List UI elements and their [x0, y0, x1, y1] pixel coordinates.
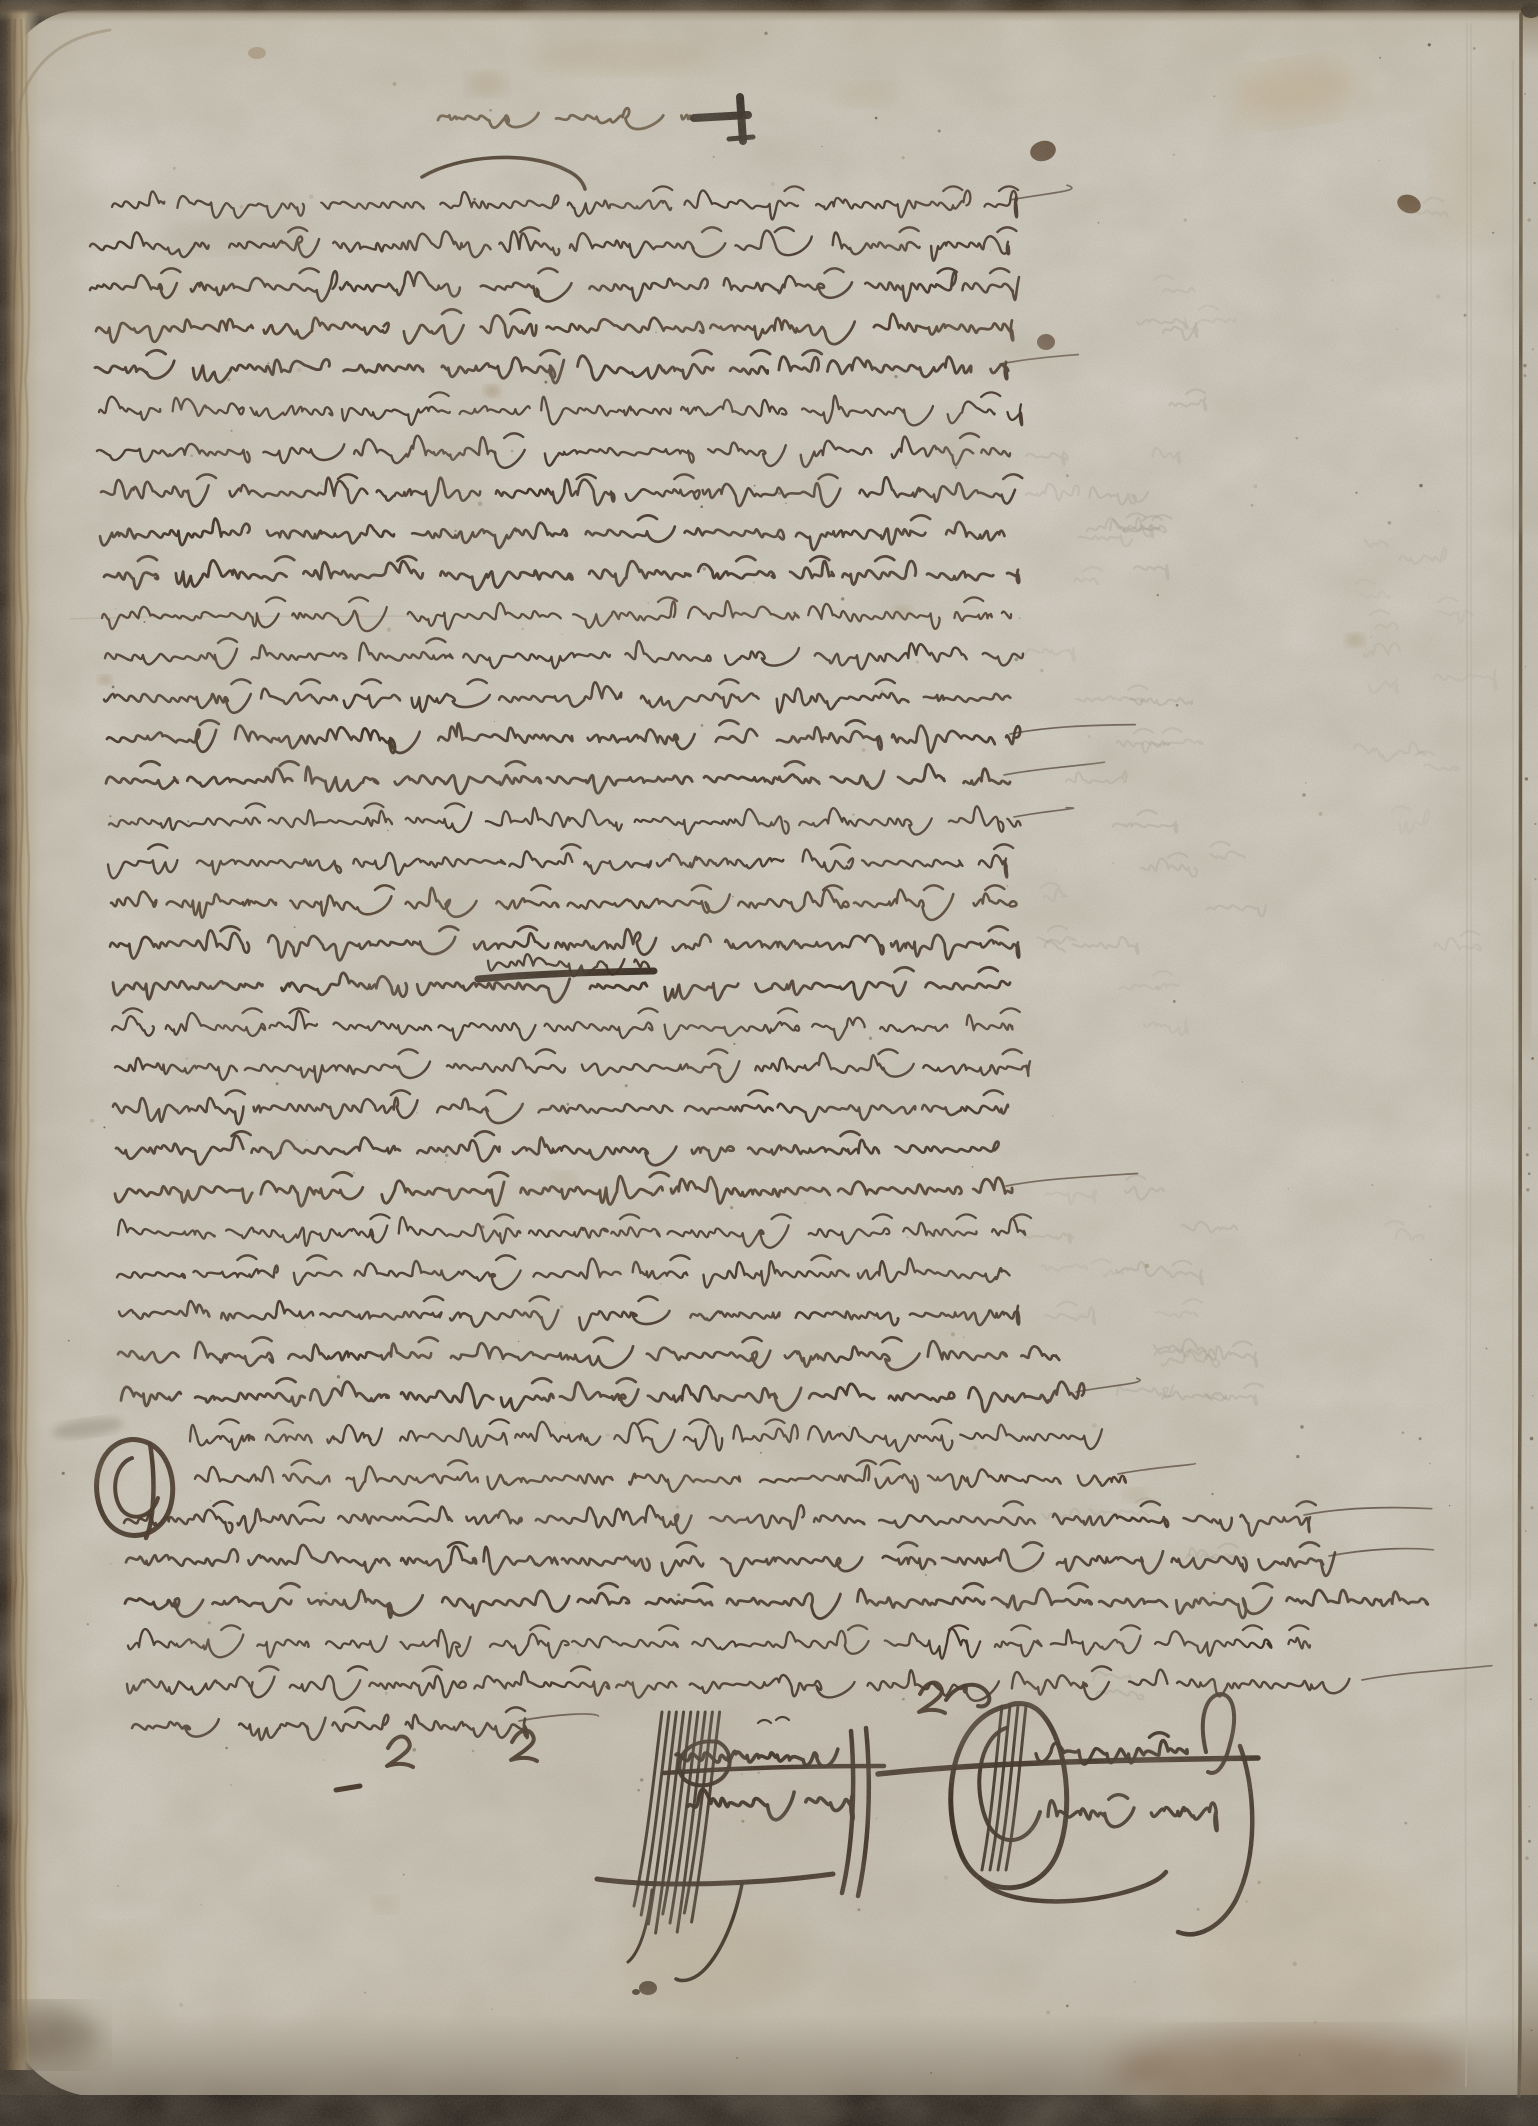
- signature-right: [878, 1685, 1258, 1934]
- notarial-cross-icon: [694, 97, 753, 141]
- heading-line: [422, 108, 693, 189]
- ghost-bleedthrough-text: [1024, 198, 1497, 1700]
- handwriting-layer: [0, 0, 1538, 2126]
- gutter-streaks: [7, 20, 29, 2060]
- body-text-lines: [90, 185, 1492, 1740]
- manuscript-photo: [0, 0, 1538, 2126]
